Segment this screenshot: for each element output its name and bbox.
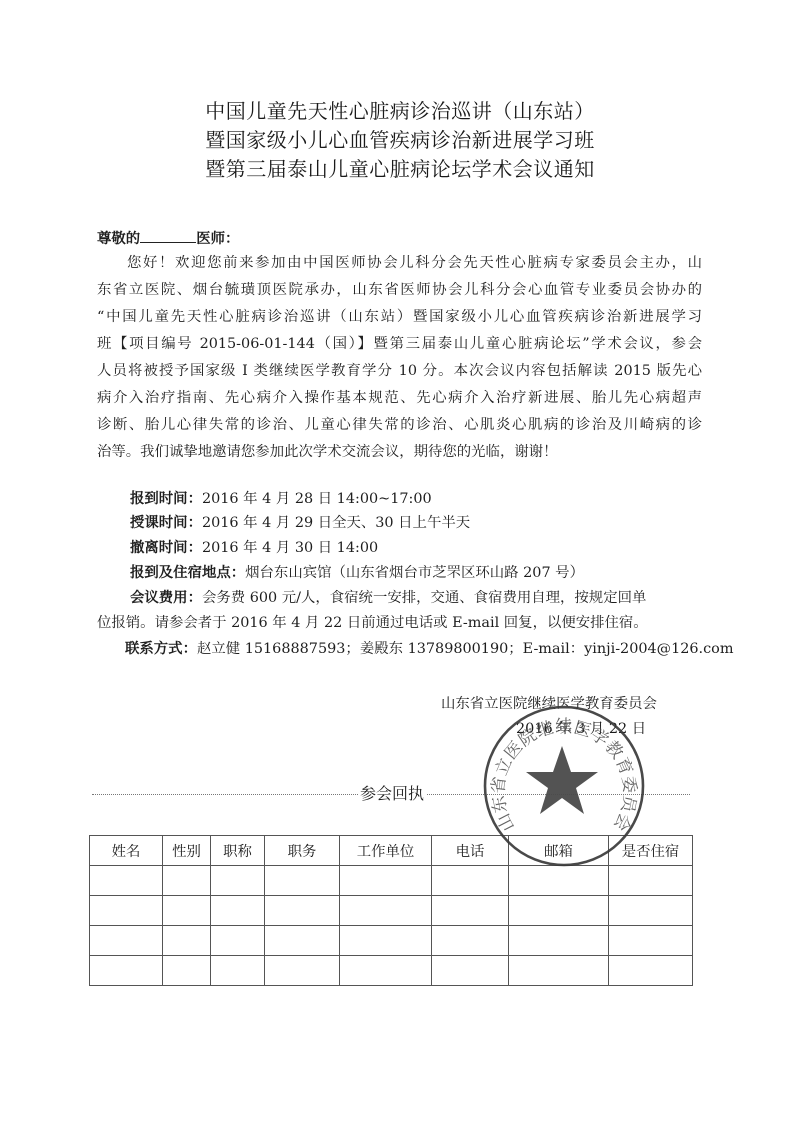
cell-workplace[interactable]: [340, 866, 432, 896]
title-line-2: 暨国家级小儿心血管疾病诊治新进展学习班: [0, 126, 800, 155]
cell-email[interactable]: [509, 896, 609, 926]
intro-line: “中国儿童先天性心脏病诊治巡讲（山东站）暨国家级小儿心血管疾病诊治新进展学习: [97, 308, 702, 326]
table-header-row: 姓名 性别 职称 职务 工作单位 电话 邮箱 是否住宿: [90, 836, 693, 866]
table-row: [90, 926, 693, 956]
contact-info: 联系方式：赵立健 15168887593；姜殿东 13789800190；E-m…: [125, 640, 733, 658]
cell-gender[interactable]: [163, 956, 211, 986]
column-header-accommodation: 是否住宿: [609, 836, 693, 866]
checkin-time-value: 2016 年 4 月 28 日 14:00~17:00: [202, 491, 432, 507]
meeting-fee-value: 会务费 600 元/人，食宿统一安排，交通、食宿费用自理，按规定回单: [202, 590, 646, 606]
intro-line: 班【项目编号 2015-06-01-144（国）】暨第三届泰山儿童心脏病论坛”学…: [97, 335, 702, 353]
lecture-time-value: 2016 年 4 月 29 日全天、30 日上午半天: [202, 515, 470, 531]
cell-name[interactable]: [90, 866, 163, 896]
table-row: [90, 956, 693, 986]
departure-time: 撤离时间：2016 年 4 月 30 日 14:00: [130, 539, 378, 557]
column-header-position: 职务: [265, 836, 340, 866]
cell-accommodation[interactable]: [609, 896, 693, 926]
contact-value: 赵立健 15168887593；姜殿东 13789800190；E-mail：y…: [197, 641, 734, 657]
cell-name[interactable]: [90, 926, 163, 956]
cell-gender[interactable]: [163, 926, 211, 956]
column-header-name: 姓名: [90, 836, 163, 866]
column-header-phone: 电话: [432, 836, 509, 866]
cell-title[interactable]: [211, 956, 265, 986]
intro-line: 人员将被授予国家级 I 类继续医学教育学分 10 分。本次会议内容包括解读 20…: [97, 362, 702, 380]
cell-accommodation[interactable]: [609, 956, 693, 986]
cell-email[interactable]: [509, 926, 609, 956]
cell-accommodation[interactable]: [609, 926, 693, 956]
departure-time-label: 撤离时间：: [130, 539, 202, 556]
document-title: 中国儿童先天性心脏病诊治巡讲（山东站） 暨国家级小儿心血管疾病诊治新进展学习班 …: [0, 97, 800, 184]
salutation-prefix: 尊敬的: [97, 230, 140, 247]
intro-line: 病介入治疗指南、先心病介入操作基本规范、先心病介入治疗新进展、胎儿先心病超声: [97, 389, 702, 407]
cell-title[interactable]: [211, 926, 265, 956]
venue-value: 烟台东山宾馆（山东省烟台市芝罘区环山路 207 号）: [245, 565, 584, 581]
star-icon: [526, 746, 598, 814]
name-blank: [140, 228, 196, 243]
salutation: 尊敬的医师：: [97, 228, 239, 248]
cell-phone[interactable]: [432, 896, 509, 926]
signoff-organization: 山东省立医院继续医学教育委员会: [441, 695, 657, 713]
cell-workplace[interactable]: [340, 956, 432, 986]
fee-continuation: 位报销。请参会者于 2016 年 4 月 22 日前通过电话或 E-mail 回…: [97, 614, 648, 632]
cell-phone[interactable]: [432, 926, 509, 956]
cell-workplace[interactable]: [340, 896, 432, 926]
intro-line: 东省立医院、烟台毓璜顶医院承办，山东省医师协会儿科分会心血管专业委员会协办的: [97, 281, 702, 299]
lecture-time: 授课时间：2016 年 4 月 29 日全天、30 日上午半天: [130, 514, 470, 532]
salutation-suffix: 医师：: [196, 230, 239, 247]
cell-workplace[interactable]: [340, 926, 432, 956]
cell-accommodation[interactable]: [609, 866, 693, 896]
intro-line: 诊断、胎儿心律失常的诊治、儿童心律失常的诊治、心肌炎心肌病的诊治及川崎病的诊: [97, 416, 702, 434]
document-page: 中国儿童先天性心脏病诊治巡讲（山东站） 暨国家级小儿心血管疾病诊治新进展学习班 …: [0, 0, 800, 1131]
meeting-fee-label: 会议费用：: [130, 589, 202, 606]
meeting-fee: 会议费用：会务费 600 元/人，食宿统一安排，交通、食宿费用自理，按规定回单: [130, 589, 702, 607]
column-header-gender: 性别: [163, 836, 211, 866]
title-line-1: 中国儿童先天性心脏病诊治巡讲（山东站）: [0, 97, 800, 126]
cell-position[interactable]: [265, 926, 340, 956]
column-header-email: 邮箱: [509, 836, 609, 866]
title-line-3: 暨第三届泰山儿童心脏病论坛学术会议通知: [0, 155, 800, 184]
contact-label: 联系方式：: [125, 640, 197, 657]
cell-position[interactable]: [265, 956, 340, 986]
cell-title[interactable]: [211, 896, 265, 926]
venue: 报到及住宿地点：烟台东山宾馆（山东省烟台市芝罘区环山路 207 号）: [130, 564, 584, 582]
cell-position[interactable]: [265, 896, 340, 926]
lecture-time-label: 授课时间：: [130, 514, 202, 531]
column-header-title: 职称: [211, 836, 265, 866]
cell-position[interactable]: [265, 866, 340, 896]
intro-line: 您好！欢迎您前来参加由中国医师协会儿科分会先天性心脏病专家委员会主办，山: [127, 254, 702, 272]
reply-form-table: 姓名 性别 职称 职务 工作单位 电话 邮箱 是否住宿: [89, 835, 693, 986]
intro-line: 治等。我们诚挚地邀请您参加此次学术交流会议，期待您的光临，谢谢！: [97, 444, 558, 460]
cell-name[interactable]: [90, 896, 163, 926]
checkin-time-label: 报到时间：: [130, 490, 202, 507]
signoff-date: 2016 年 3 月 22 日: [516, 720, 646, 738]
cell-gender[interactable]: [163, 866, 211, 896]
column-header-workplace: 工作单位: [340, 836, 432, 866]
venue-label: 报到及住宿地点：: [130, 564, 245, 581]
cell-phone[interactable]: [432, 956, 509, 986]
cell-gender[interactable]: [163, 896, 211, 926]
cell-email[interactable]: [509, 866, 609, 896]
checkin-time: 报到时间：2016 年 4 月 28 日 14:00~17:00: [130, 490, 432, 508]
cell-phone[interactable]: [432, 866, 509, 896]
cell-email[interactable]: [509, 956, 609, 986]
cell-name[interactable]: [90, 956, 163, 986]
table-row: [90, 866, 693, 896]
reply-form-title: 参会回执: [358, 784, 426, 804]
table-row: [90, 896, 693, 926]
departure-time-value: 2016 年 4 月 30 日 14:00: [202, 540, 378, 556]
cell-title[interactable]: [211, 866, 265, 896]
